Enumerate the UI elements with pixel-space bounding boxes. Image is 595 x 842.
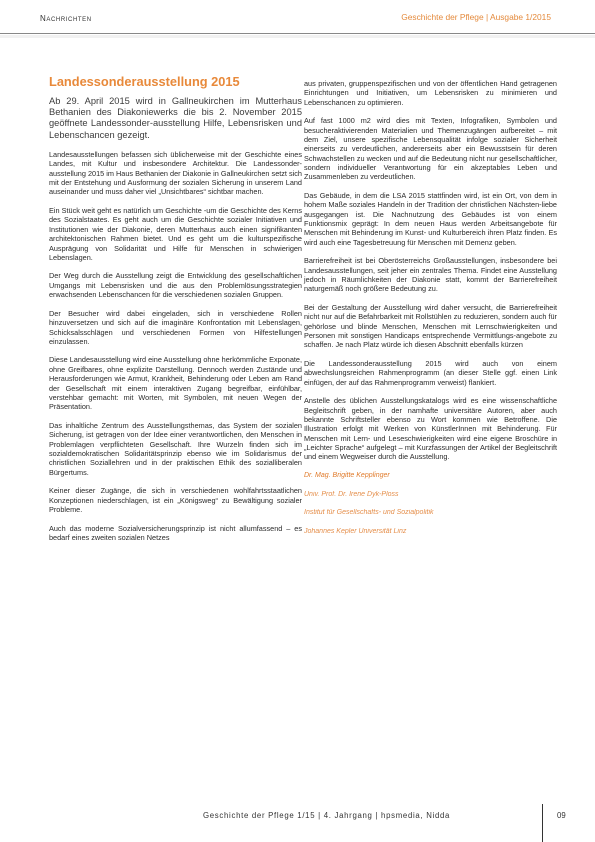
paragraph: Anstelle des üblichen Ausstellungskatalo… — [304, 396, 557, 461]
paragraph: Auf fast 1000 m2 wird dies mit Texten, I… — [304, 116, 557, 181]
paragraph: Bei der Gestaltung der Ausstellung wird … — [304, 303, 557, 350]
paragraph: Das Gebäude, in dem die LSA 2015 stattfi… — [304, 191, 557, 247]
left-column: Landessonderausstellung 2015 Ab 29. Apri… — [49, 74, 302, 552]
paragraph: Ein Stück weit geht es natürlich um Gesc… — [49, 206, 302, 262]
paragraph: Auch das moderne Sozialversicherungsprin… — [49, 524, 302, 543]
paragraph: Der Weg durch die Ausstellung zeigt die … — [49, 271, 302, 299]
author-name: Univ. Prof. Dr. Irene Dyk-Ploss — [304, 490, 557, 499]
paragraph: Barrierefreiheit ist bei Oberösterreichs… — [304, 256, 557, 293]
article-lead: Ab 29. April 2015 wird in Gallneukirchen… — [49, 96, 302, 141]
paragraph: Diese Landesausstellung wird eine Ausste… — [49, 355, 302, 411]
paragraph: Das inhaltliche Zentrum des Ausstellungs… — [49, 421, 302, 477]
paragraph: aus privaten, gruppenspezifischen und vo… — [304, 79, 557, 107]
paragraph: Keiner dieser Zugänge, die sich in versc… — [49, 486, 302, 514]
paragraph: Die Landessonderausstellung 2015 wird au… — [304, 359, 557, 387]
author-institute: Institut für Gesellschafts- und Sozialpo… — [304, 508, 557, 517]
author-block: Dr. Mag. Brigitte Kepplinger Univ. Prof.… — [304, 471, 557, 536]
right-column: aus privaten, gruppenspezifischen und vo… — [304, 79, 557, 545]
author-university: Johannes Kepler Universität Linz — [304, 527, 557, 536]
author-name: Dr. Mag. Brigitte Kepplinger — [304, 471, 557, 480]
issue-label: Geschichte der Pflege | Ausgabe 1/2015 — [401, 12, 551, 22]
page-number: 09 — [557, 811, 566, 820]
footer-divider — [542, 804, 543, 842]
paragraph: Landesausstellungen befassen sich üblich… — [49, 150, 302, 197]
header-rule-shadow — [0, 35, 595, 38]
article-title: Landessonderausstellung 2015 — [49, 74, 302, 90]
header-rule — [0, 33, 595, 34]
paragraph: Der Besucher wird dabei eingeladen, sich… — [49, 309, 302, 346]
section-label: Nachrichten — [40, 14, 92, 23]
page-footer: Geschichte der Pflege 1/15 | 4. Jahrgang… — [0, 800, 595, 842]
page-header: Nachrichten Geschichte der Pflege | Ausg… — [0, 0, 595, 34]
footer-text: Geschichte der Pflege 1/15 | 4. Jahrgang… — [203, 811, 450, 820]
